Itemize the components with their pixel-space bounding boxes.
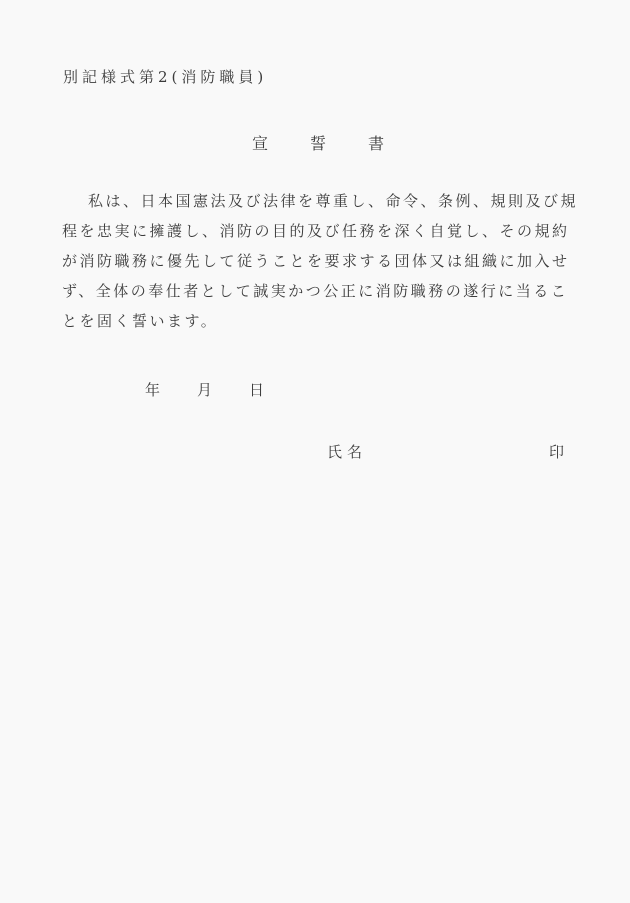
oath-line-1: 私は、日本国憲法及び法律を尊重し、命令、条例、規則及び規 <box>62 186 578 216</box>
signature-line: 氏名 印 <box>327 437 564 467</box>
name-label: 氏名 <box>327 437 367 467</box>
oath-line-5: とを固く誓います。 <box>62 306 578 336</box>
document-title: 宣誓書 <box>252 131 426 154</box>
oath-line-2: 程を忠実に擁護し、消防の目的及び任務を深く自覚し、その規約 <box>62 216 578 246</box>
date-line: 年 月 日 <box>145 375 264 405</box>
seal-label: 印 <box>549 437 564 467</box>
form-number-label: 別記様式第2(消防職員) <box>63 66 267 87</box>
oath-line-4: ず、全体の奉仕者として誠実かつ公正に消防職務の遂行に当るこ <box>62 276 578 306</box>
year-label: 年 <box>145 375 160 405</box>
oath-paragraph: 私は、日本国憲法及び法律を尊重し、命令、条例、規則及び規 程を忠実に擁護し、消防… <box>62 186 578 336</box>
document-page: 別記様式第2(消防職員) 宣誓書 私は、日本国憲法及び法律を尊重し、命令、条例、… <box>0 0 630 903</box>
day-label: 日 <box>249 375 264 405</box>
month-label: 月 <box>197 375 212 405</box>
oath-line-3: が消防職務に優先して従うことを要求する団体又は組織に加入せ <box>62 246 578 276</box>
